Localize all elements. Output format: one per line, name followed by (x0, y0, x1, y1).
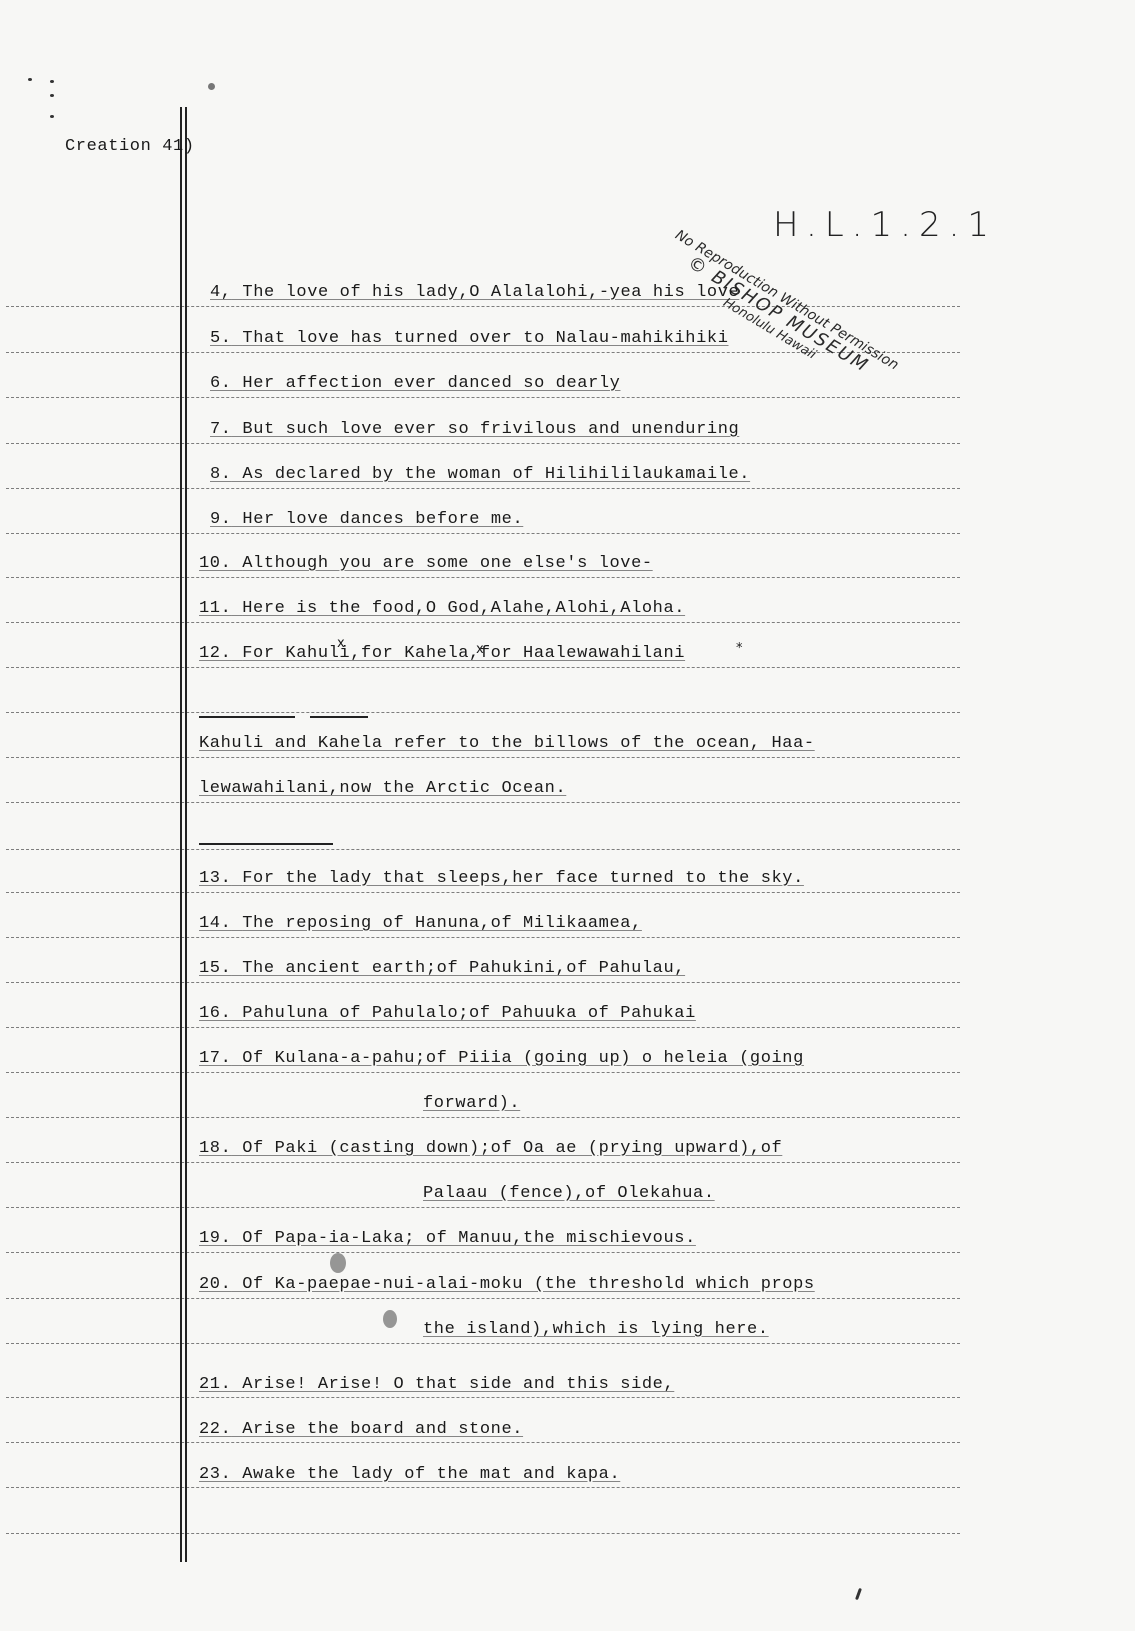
footnote-line: Kahuli and Kahela refer to the billows o… (199, 734, 815, 753)
ruled-line (6, 849, 960, 850)
ink-speck (855, 1588, 862, 1600)
verse-line: 22. Arise the board and stone. (199, 1420, 523, 1439)
verse-continuation: Palaau (fence),of Olekahua. (423, 1184, 715, 1203)
ruled-line (6, 1207, 960, 1208)
ink-speck (50, 94, 54, 97)
footnote-mark: x (476, 642, 484, 657)
typewritten-page: Creation 41) H.L.1.2.1 No Reproduction W… (0, 0, 1135, 1631)
ink-speck (50, 80, 54, 83)
ink-blot (330, 1253, 346, 1273)
verse-line: 7. But such love ever so frivilous and u… (210, 420, 739, 439)
verse-line: 21. Arise! Arise! O that side and this s… (199, 1375, 674, 1394)
ink-speck (50, 115, 54, 118)
ruled-line (6, 577, 960, 578)
separator-rule (199, 716, 295, 718)
copyright-stamp: No Reproduction Without Permission © BIS… (656, 228, 901, 401)
ruled-line (6, 1533, 960, 1534)
page-header: Creation 41) (65, 137, 195, 156)
ruled-line (6, 622, 960, 623)
ruled-line (6, 533, 960, 534)
verse-line: 18. Of Paki (casting down);of Oa ae (pry… (199, 1139, 782, 1158)
ruled-line (6, 1397, 960, 1398)
verse-line: 19. Of Papa-ia-Laka; of Manuu,the mischi… (199, 1229, 696, 1248)
verse-line: 20. Of Ka-paepae-nui-alai-moku (the thre… (199, 1275, 815, 1294)
verse-line: 17. Of Kulana-a-pahu;of Piiia (going up)… (199, 1049, 804, 1068)
verse-line: 11. Here is the food,O God,Alahe,Alohi,A… (199, 599, 685, 618)
verse-line: 9. Her love dances before me. (210, 510, 523, 529)
verse-line: 14. The reposing of Hanuna,of Milikaamea… (199, 914, 642, 933)
verse-line: 16. Pahuluna of Pahulalo;of Pahuuka of P… (199, 1004, 696, 1023)
ruled-line (6, 892, 960, 893)
verse-line: 8. As declared by the woman of Hilihilil… (210, 465, 750, 484)
ruled-line (6, 1162, 960, 1163)
ruled-line (6, 757, 960, 758)
call-number: H.L.1.2.1 (773, 205, 997, 245)
ruled-line (6, 802, 960, 803)
ink-speck (208, 83, 215, 90)
ink-blot (383, 1310, 397, 1328)
ruled-line (6, 1117, 960, 1118)
margin-rule-left (180, 107, 182, 1562)
ruled-line (6, 1343, 960, 1344)
ruled-line (6, 1027, 960, 1028)
verse-continuation: the island),which is lying here. (423, 1320, 769, 1339)
ruled-line (6, 667, 960, 668)
footnote-mark: x (337, 636, 345, 651)
ruled-line (6, 982, 960, 983)
ruled-line (6, 1252, 960, 1253)
ruled-line (6, 397, 960, 398)
ruled-line (6, 1487, 960, 1488)
verse-line: 5. That love has turned over to Nalau-ma… (210, 329, 729, 348)
verse-continuation: forward). (423, 1094, 520, 1113)
verse-line: 23. Awake the lady of the mat and kapa. (199, 1465, 620, 1484)
ink-speck (28, 78, 32, 81)
ruled-line (6, 306, 960, 307)
ruled-line (6, 1072, 960, 1073)
ruled-line (6, 488, 960, 489)
verse-line: 10. Although you are some one else's lov… (199, 554, 653, 573)
verse-line: 12. For Kahuli,for Kahela,for Haalewawah… (199, 644, 685, 663)
verse-line: 15. The ancient earth;of Pahukini,of Pah… (199, 959, 685, 978)
separator-rule (310, 716, 368, 718)
verse-line: 4, The love of his lady,O Alalalohi,-yea… (210, 283, 739, 302)
stamp-line-2: © BISHOP MUSEUM (663, 241, 893, 390)
footnote-mark: * (736, 641, 743, 656)
verse-line: 6. Her affection ever danced so dearly (210, 374, 620, 393)
ruled-line (6, 1298, 960, 1299)
ruled-line (6, 712, 960, 713)
ruled-line (6, 937, 960, 938)
ruled-line (6, 443, 960, 444)
footnote-line: lewawahilani,now the Arctic Ocean. (199, 779, 566, 798)
ruled-line (6, 1442, 960, 1443)
margin-rule-right (185, 107, 187, 1562)
separator-rule (199, 843, 333, 845)
verse-line: 13. For the lady that sleeps,her face tu… (199, 869, 804, 888)
